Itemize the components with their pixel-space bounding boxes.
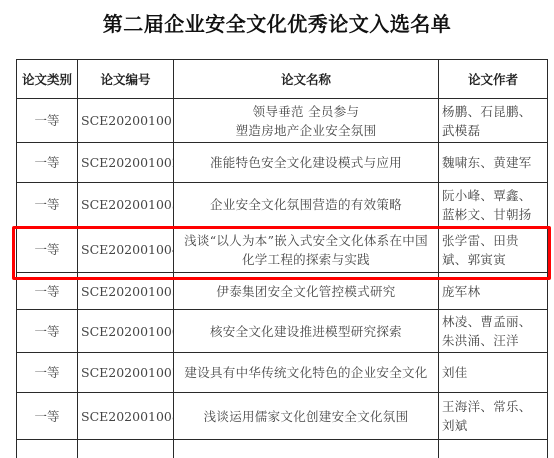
cell-empty [174, 440, 439, 458]
header-code: 论文编号 [78, 60, 174, 99]
header-name: 论文名称 [174, 60, 439, 99]
paper-list-table: 论文类别 论文编号 论文名称 论文作者 一等SCE202001001领导垂范 全… [16, 59, 548, 458]
table-row: 一等SCE202001001领导垂范 全员参与塑造房地产企业安全氛围杨鹏、石昆鹏… [17, 99, 548, 143]
table-row: 一等SCE202001007建设具有中华传统文化特色的企业安全文化刘佳 [17, 353, 548, 393]
title-line: 核安全文化建设推进模型研究探索 [177, 322, 435, 341]
table-header-row: 论文类别 论文编号 论文名称 论文作者 [17, 60, 548, 99]
cell-category: 一等 [17, 353, 78, 393]
table-row: 一等SCE202001006核安全文化建设推进模型研究探索林凌、曹孟丽、朱洪涌、… [17, 310, 548, 353]
cell-authors: 魏啸东、黄建军 [439, 143, 548, 183]
table-row: 一等SCE202001004浅谈“以人为本”嵌入式安全文化体系在中国化学工程的探… [17, 227, 548, 273]
table-row: 一等SCE202001005伊泰集团安全文化管控模式研究庞军林 [17, 273, 548, 310]
cell-authors: 刘佳 [439, 353, 548, 393]
cell-code: SCE202001002 [78, 143, 174, 183]
title-line: 化学工程的探索与实践 [177, 250, 435, 269]
cell-code: SCE202001007 [78, 353, 174, 393]
cell-code: SCE202001001 [78, 99, 174, 143]
table-row-partial [17, 440, 548, 458]
cell-empty [17, 440, 78, 458]
cell-title: 建设具有中华传统文化特色的企业安全文化 [174, 353, 439, 393]
table-row: 一等SCE202001003企业安全文化氛围营造的有效策略阮小峰、覃鑫、蓝彬文、… [17, 183, 548, 227]
cell-category: 一等 [17, 273, 78, 310]
cell-code: SCE202001005 [78, 273, 174, 310]
cell-title: 准能特色安全文化建设模式与应用 [174, 143, 439, 183]
cell-code: SCE202001006 [78, 310, 174, 353]
page-title: 第二届企业安全文化优秀论文入选名单 [0, 8, 554, 37]
cell-category: 一等 [17, 143, 78, 183]
cell-title: 浅谈“以人为本”嵌入式安全文化体系在中国化学工程的探索与实践 [174, 227, 439, 273]
cell-authors: 林凌、曹孟丽、朱洪涌、汪洋 [439, 310, 548, 353]
cell-category: 一等 [17, 99, 78, 143]
title-line: 伊泰集团安全文化管控模式研究 [177, 282, 435, 301]
title-line: 塑造房地产企业安全氛围 [177, 121, 435, 140]
cell-authors: 杨鹏、石昆鹏、武模磊 [439, 99, 548, 143]
cell-empty [78, 440, 174, 458]
cell-category: 一等 [17, 183, 78, 227]
cell-authors: 王海洋、常乐、刘斌 [439, 393, 548, 440]
cell-title: 企业安全文化氛围营造的有效策略 [174, 183, 439, 227]
table-row: 一等SCE202001002准能特色安全文化建设模式与应用魏啸东、黄建军 [17, 143, 548, 183]
cell-code: SCE202001008 [78, 393, 174, 440]
cell-category: 一等 [17, 227, 78, 273]
cell-authors: 张学雷、田贵斌、郭寅寅 [439, 227, 548, 273]
header-category: 论文类别 [17, 60, 78, 99]
cell-authors: 庞军林 [439, 273, 548, 310]
cell-code: SCE202001003 [78, 183, 174, 227]
cell-category: 一等 [17, 310, 78, 353]
cell-title: 核安全文化建设推进模型研究探索 [174, 310, 439, 353]
title-line: 浅谈运用儒家文化创建安全文化氛围 [177, 407, 435, 426]
cell-category: 一等 [17, 393, 78, 440]
title-line: 建设具有中华传统文化特色的企业安全文化 [177, 363, 435, 382]
title-line: 企业安全文化氛围营造的有效策略 [177, 195, 435, 214]
table-row: 一等SCE202001008浅谈运用儒家文化创建安全文化氛围王海洋、常乐、刘斌 [17, 393, 548, 440]
cell-empty [439, 440, 548, 458]
cell-title: 伊泰集团安全文化管控模式研究 [174, 273, 439, 310]
title-line: 浅谈“以人为本”嵌入式安全文化体系在中国 [177, 231, 435, 250]
cell-title: 领导垂范 全员参与塑造房地产企业安全氛围 [174, 99, 439, 143]
cell-code: SCE202001004 [78, 227, 174, 273]
header-authors: 论文作者 [439, 60, 548, 99]
cell-authors: 阮小峰、覃鑫、蓝彬文、甘朝扬 [439, 183, 548, 227]
title-line: 准能特色安全文化建设模式与应用 [177, 153, 435, 172]
title-line: 领导垂范 全员参与 [177, 102, 435, 121]
cell-title: 浅谈运用儒家文化创建安全文化氛围 [174, 393, 439, 440]
